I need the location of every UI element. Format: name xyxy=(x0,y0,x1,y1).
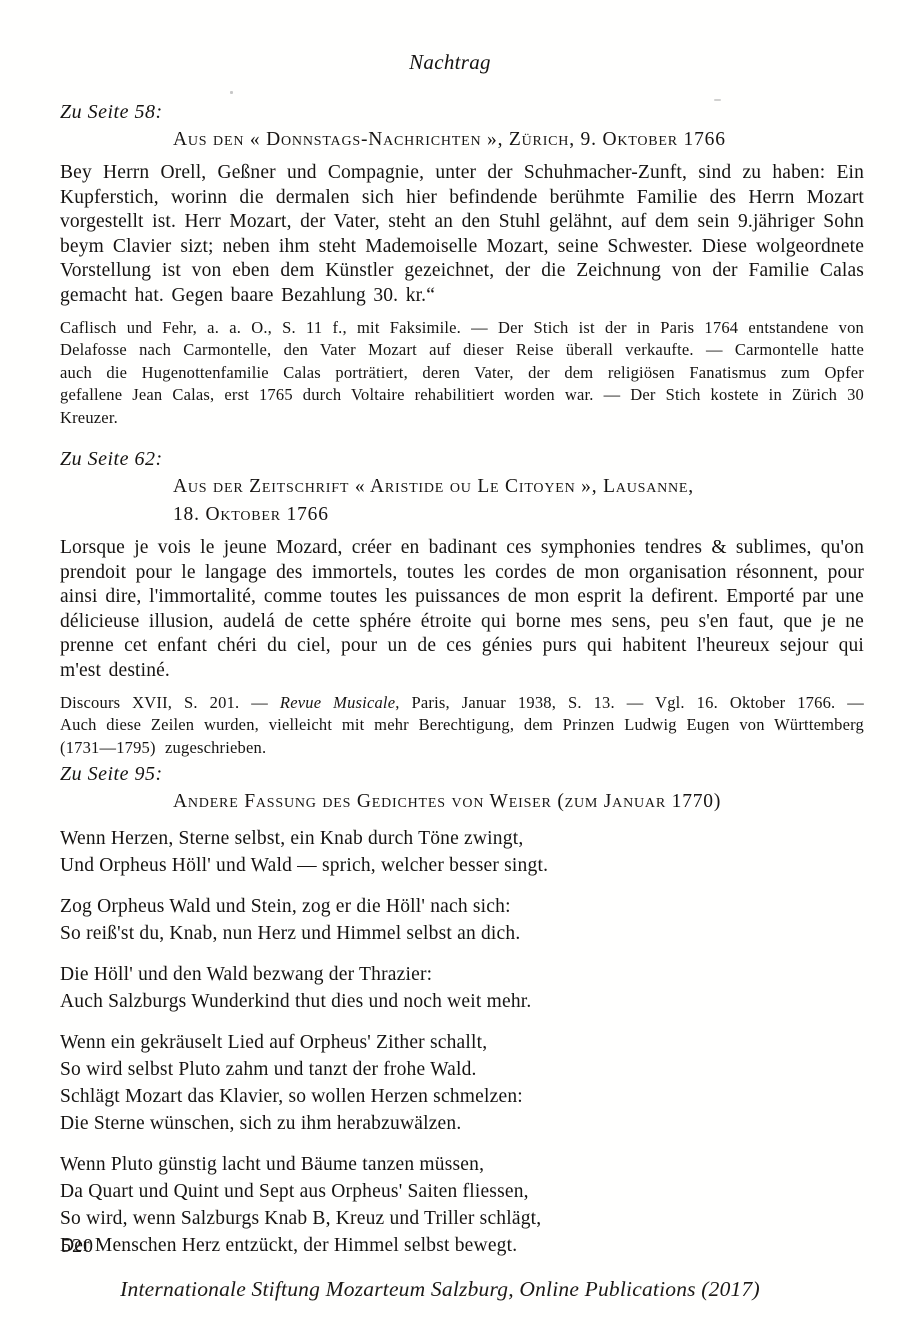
section-source-heading: Andere Fassung des Gedichtes von Weiser … xyxy=(173,788,864,816)
source-heading-line: Andere Fassung des Gedichtes von Weiser … xyxy=(173,788,864,816)
poem-stanza: Wenn ein gekräuselt Lied auf Orpheus' Zi… xyxy=(60,1029,864,1137)
poem-line: Zog Orpheus Wald und Stein, zog er die H… xyxy=(60,893,864,920)
section-label: Zu Seite 62: xyxy=(60,446,864,472)
poem-line: Da Quart und Quint und Sept aus Orpheus'… xyxy=(60,1178,864,1205)
commentary-note: Discours XVII, S. 201. — Revue Musicale,… xyxy=(60,692,864,760)
page-number: 520 xyxy=(61,1235,94,1258)
section-label: Zu Seite 58: xyxy=(60,99,864,125)
poem-line: So wird, wenn Salzburgs Knab B, Kreuz un… xyxy=(60,1205,864,1232)
page-title: Nachtrag xyxy=(0,50,900,75)
note-text-part: Discours XVII, S. 201. — xyxy=(60,693,280,712)
poem-line: Und Orpheus Höll' und Wald — sprich, wel… xyxy=(60,852,864,879)
poem-stanza: Die Höll' und den Wald bezwang der Thraz… xyxy=(60,961,864,1015)
commentary-note: Caflisch und Fehr, a. a. O., S. 11 f., m… xyxy=(60,317,864,430)
publisher-credit: Internationale Stiftung Mozarteum Salzbu… xyxy=(0,1277,880,1302)
body-paragraph: Bey Herrn Orell, Geßner und Compagnie, u… xyxy=(60,161,864,309)
section-source-heading: Aus den « Donnstags-Nachrichten », Züric… xyxy=(173,126,864,154)
section-seite-62: Zu Seite 62: Aus der Zeitschrift « Arist… xyxy=(60,446,864,759)
note-journal-title: Revue Musicale xyxy=(280,693,395,712)
source-heading-line: 18. Oktober 1766 xyxy=(173,501,864,529)
poem-line: So reiß'st du, Knab, nun Herz und Himmel… xyxy=(60,920,864,947)
poem-line: Wenn Pluto günstig lacht und Bäume tanze… xyxy=(60,1151,864,1178)
poem-line: So wird selbst Pluto zahm und tanzt der … xyxy=(60,1056,864,1083)
poem-stanza: Zog Orpheus Wald und Stein, zog er die H… xyxy=(60,893,864,947)
poem-line: Die Sterne wünschen, sich zu ihm herabzu… xyxy=(60,1110,864,1137)
section-label: Zu Seite 95: xyxy=(60,761,864,787)
poem-stanza: Wenn Herzen, Sterne selbst, ein Knab dur… xyxy=(60,825,864,879)
poem-line: Der Menschen Herz entzückt, der Himmel s… xyxy=(60,1232,864,1259)
poem-line: Wenn ein gekräuselt Lied auf Orpheus' Zi… xyxy=(60,1029,864,1056)
scan-speck xyxy=(230,91,233,94)
section-source-heading: Aus der Zeitschrift « Aristide ou Le Cit… xyxy=(173,473,864,529)
scanned-book-page: Nachtrag Zu Seite 58: Aus den « Donnstag… xyxy=(0,0,900,1326)
source-heading-line: Aus den « Donnstags-Nachrichten », Züric… xyxy=(173,126,864,154)
poem-line: Schlägt Mozart das Klavier, so wollen He… xyxy=(60,1083,864,1110)
body-paragraph: Lorsque je vois le jeune Mozard, créer e… xyxy=(60,536,864,684)
poem-line: Die Höll' und den Wald bezwang der Thraz… xyxy=(60,961,864,988)
poem-line: Wenn Herzen, Sterne selbst, ein Knab dur… xyxy=(60,825,864,852)
poem: Wenn Herzen, Sterne selbst, ein Knab dur… xyxy=(60,825,864,1259)
section-seite-58: Zu Seite 58: Aus den « Donnstags-Nachric… xyxy=(60,99,864,430)
poem-line: Auch Salzburgs Wunderkind thut dies und … xyxy=(60,988,864,1015)
source-heading-line: Aus der Zeitschrift « Aristide ou Le Cit… xyxy=(173,473,864,501)
section-seite-95: Zu Seite 95: Andere Fassung des Gedichte… xyxy=(60,761,864,1273)
poem-stanza: Wenn Pluto günstig lacht und Bäume tanze… xyxy=(60,1151,864,1259)
